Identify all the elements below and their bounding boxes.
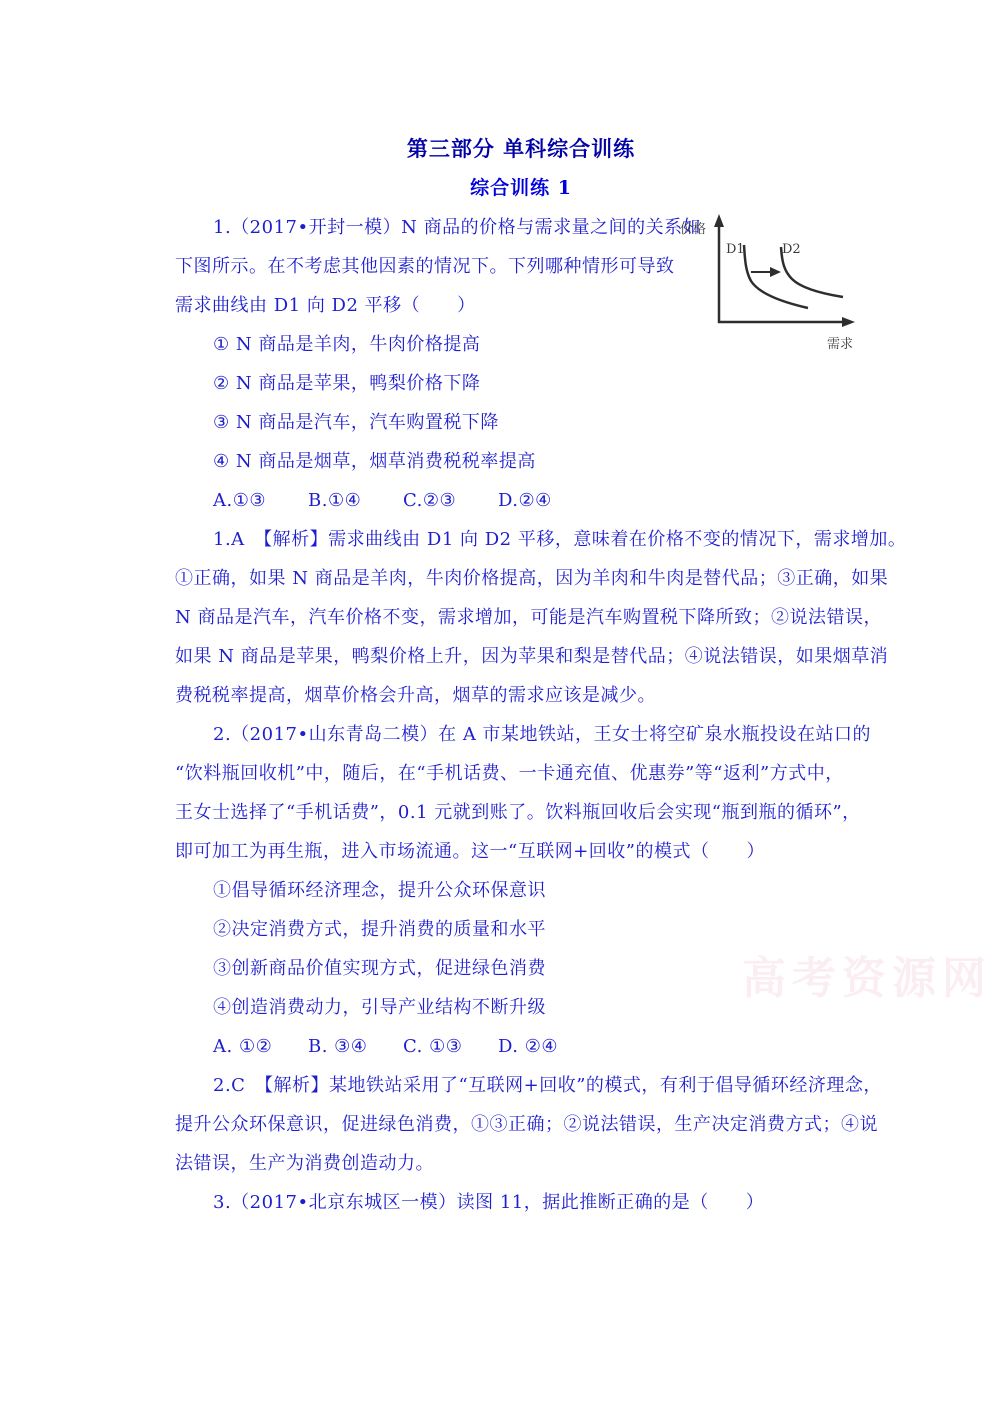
d2-label: D2 [782,242,801,257]
q3-stem-line-1: 3.（2017•北京东城区一模）读图 11，据此推断正确的是（ ） [175,1183,867,1222]
document-page: 第三部分 单科综合训练 综合训练 1 1.（2017•开封一模）N 商品的价格与… [0,0,993,1404]
q2-analysis-line-3: 法错误，生产为消费创造动力。 [175,1144,867,1183]
x-axis-label: 需求 [827,336,853,352]
shift-arrow-head [770,267,781,277]
watermark-text: 高考资源网 [742,942,992,1006]
q1-option-3: ③ N 商品是汽车，汽车购置税下降 [175,403,867,442]
q1-analysis-line-2: ①正确，如果 N 商品是羊肉，牛肉价格提高，因为羊肉和牛肉是替代品；③正确，如果 [175,559,867,598]
y-axis-label: 价格 [680,221,706,237]
q2-choice-c: C. ①③ [403,1027,498,1066]
q1-analysis-line-3: N 商品是汽车，汽车价格不变，需求增加，可能是汽车购置税下降所致；②说法错误， [175,598,867,637]
q2-choice-a: A. ①② [213,1027,308,1066]
q2-option-1: ①倡导循环经济理念，提升公众环保意识 [175,871,867,910]
x-axis-arrowhead [842,317,855,327]
q1-choice-b: B.①④ [308,481,403,520]
demand-curve-diagram: 价格 需求 D1 D2 [665,200,965,360]
q2-choice-b: B. ③④ [308,1027,403,1066]
q1-option-2: ② N 商品是苹果，鸭梨价格下降 [175,364,867,403]
q2-stem-line-4: 即可加工为再生瓶，进入市场流通。这一“互联网+回收”的模式（ ） [175,832,867,871]
part-title: 第三部分 单科综合训练 [175,128,867,169]
q1-analysis-line-5: 费税税率提高，烟草价格会升高，烟草的需求应该是减少。 [175,676,867,715]
q2-stem-line-1: 2.（2017•山东青岛二模）在 A 市某地铁站，王女士将空矿泉水瓶投设在站口的 [175,715,867,754]
q2-stem-line-2: “饮料瓶回收机”中，随后，在“手机话费、一卡通充值、优惠券”等“返利”方式中， [175,754,867,793]
q1-option-4: ④ N 商品是烟草，烟草消费税税率提高 [175,442,867,481]
q2-stem-line-3: 王女士选择了“手机话费”，0.1 元就到账了。饮料瓶回收后会实现“瓶到瓶的循环”… [175,793,867,832]
q1-analysis-line-4: 如果 N 商品是苹果，鸭梨价格上升，因为苹果和梨是替代品；④说法错误，如果烟草消 [175,637,867,676]
q1-choice-d: D.②④ [498,481,593,520]
q2-choice-row: A. ①②B. ③④C. ①③D. ②④ [175,1027,867,1066]
q2-choice-d: D. ②④ [498,1027,593,1066]
q1-choice-row: A.①③B.①④C.②③D.②④ [175,481,867,520]
q1-analysis-line-1: 1.A 【解析】需求曲线由 D1 向 D2 平移，意味着在价格不变的情况下，需求… [175,520,867,559]
d1-label: D1 [726,242,745,257]
q2-analysis-line-1: 2.C 【解析】某地铁站采用了“互联网+回收”的模式，有利于倡导循环经济理念， [175,1066,867,1105]
q1-choice-a: A.①③ [213,481,308,520]
q1-choice-c: C.②③ [403,481,498,520]
q2-analysis-line-2: 提升公众环保意识，促进绿色消费，①③正确；②说法错误，生产决定消费方式；④说 [175,1105,867,1144]
y-axis-arrowhead [714,214,724,227]
